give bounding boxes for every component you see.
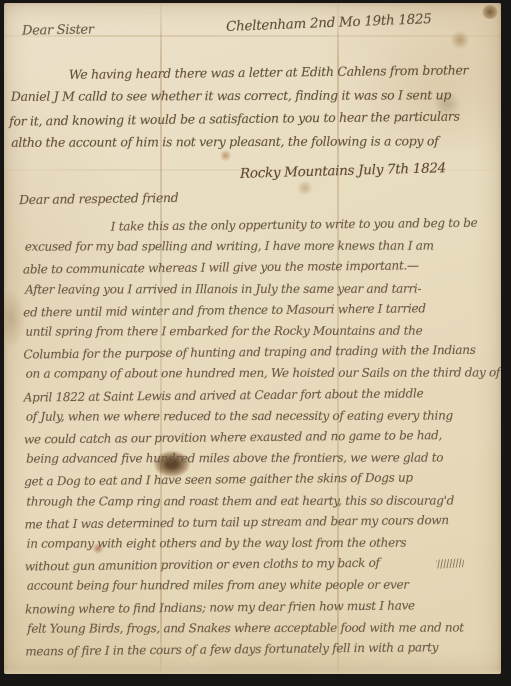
letter-line: After leaving you I arrived in Illanois … [25, 278, 500, 300]
letter-line: through the Camp ring and roast them and… [26, 490, 501, 512]
crossed-out-word-scribble [436, 558, 464, 568]
copied-letter-body: I take this as the only oppertunity to w… [23, 214, 500, 662]
letter-line: Daniel J M calld to see whether it was c… [11, 83, 471, 108]
letter-dateline: Cheltenham 2nd Mo 19th 1825 [226, 11, 432, 35]
letter-line: ed there until mid winter and from thenc… [23, 297, 498, 323]
letter-intro-paragraph: We having heard there was a letter at Ed… [9, 59, 469, 154]
copied-letter-salutation: Dear and respected friend [19, 190, 179, 207]
letter-line: altho the account of him is not very ple… [11, 129, 471, 154]
ink-stain-top-right [450, 31, 470, 49]
letter-page: Dear Sister Cheltenham 2nd Mo 19th 1825 … [4, 3, 501, 674]
paper-bottom-edge [4, 669, 501, 674]
letter-line: get a Dog to eat and I have seen some ga… [24, 467, 499, 493]
letter-line: We having heard there was a letter at Ed… [9, 58, 469, 86]
ink-stain-top-right-dark [482, 5, 498, 19]
letter-line: for it, and knowing it would be a satisf… [9, 104, 469, 132]
letter-line: April 1822 at Saint Lewis and arived at … [24, 382, 499, 408]
letter-line: means of fire I in the cours of a few da… [25, 637, 500, 663]
photo-background: Dear Sister Cheltenham 2nd Mo 19th 1825 … [0, 0, 511, 686]
foxing-spot-middle [296, 181, 314, 195]
copied-letter-dateline: Rocky Mountains July 7th 1824 [240, 160, 446, 182]
letter-salutation: Dear Sister [22, 22, 94, 38]
letter-line: able to communicate whereas I will give … [23, 255, 498, 281]
letter-line: on a company of about one hundred men, W… [26, 363, 501, 385]
letter-line: account being four hundred miles from an… [27, 575, 501, 597]
letter-line: knowing where to find Indians; now my de… [25, 594, 500, 620]
